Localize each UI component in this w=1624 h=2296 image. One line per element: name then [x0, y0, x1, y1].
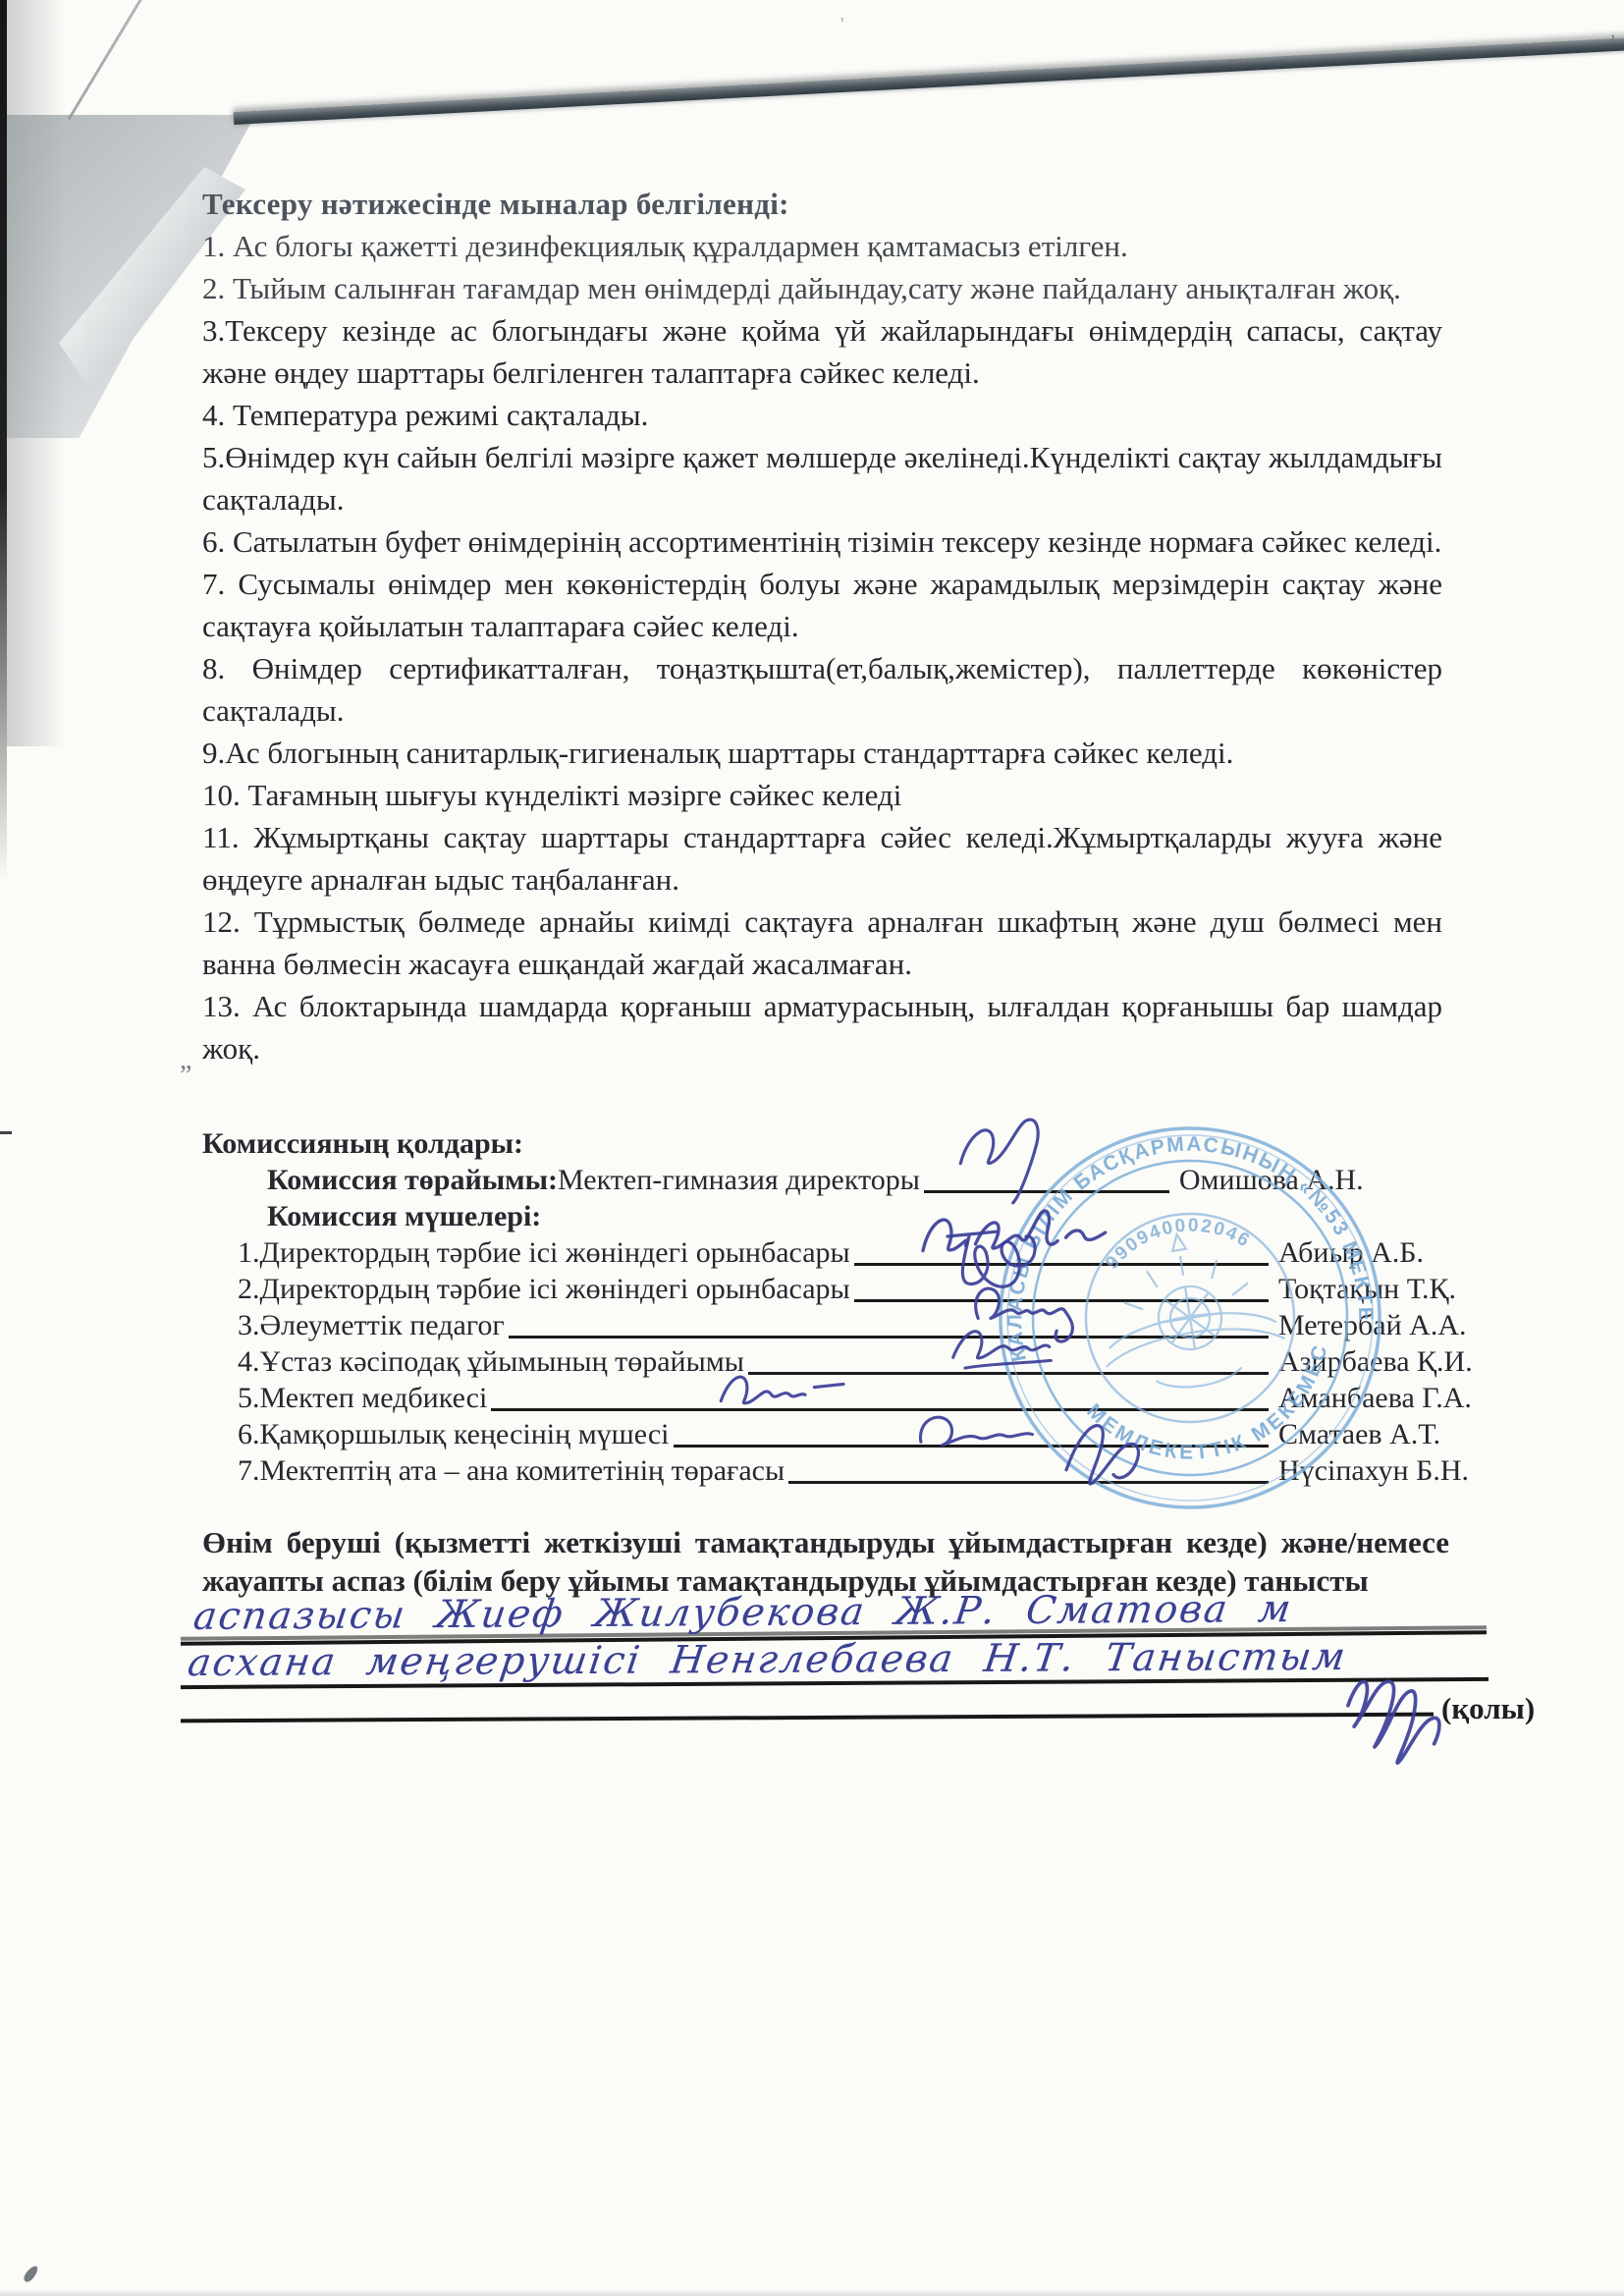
finding-item: 12. Тұрмыстық бөлмеде арнайы киімді сақт…: [202, 901, 1442, 985]
scan-corner-edge-line: [68, 0, 252, 120]
member-signature-ink: [1038, 1394, 1205, 1497]
member-name: Сматаев А.Т.: [1272, 1416, 1485, 1452]
finding-item: 4. Температура режимі сақталады.: [202, 394, 1442, 436]
member-label: 7.Мектептің ата – ана комитетінің төраға…: [238, 1452, 785, 1489]
commission-section: Комиссияның қолдары: Комиссия төрайымы: …: [202, 1125, 1485, 1489]
findings-section: Тексеру нәтижесінде мыналар белгіленді: …: [202, 183, 1442, 1069]
scan-tick-left-edge: [0, 1131, 12, 1134]
commission-title: Комиссияның қолдары:: [202, 1125, 1485, 1162]
member-name: Нүсіпахун Б.Н.: [1272, 1452, 1485, 1489]
commission-chair-row: Комиссия төрайымы: Мектеп-гимназия дирек…: [267, 1162, 1485, 1198]
chair-name: Омишова А.Н.: [1173, 1162, 1385, 1198]
member-row: 1.Директордың тәрбие ісі жөніндегі орынб…: [238, 1234, 1485, 1271]
scan-speck-top: ': [840, 14, 844, 36]
member-label: 3.Әлеуметтік педагог: [238, 1307, 505, 1343]
signature-rule-3: [181, 1713, 1434, 1723]
scan-speck-left-margin: „: [180, 1045, 191, 1076]
member-name: Аманбаева Г.А.: [1272, 1380, 1485, 1416]
finding-item: 1. Ас блогы қажетті дезинфекциялық құрал…: [202, 225, 1442, 267]
scan-left-edge-shade: [7, 0, 66, 746]
member-label: 1.Директордың тәрбие ісі жөніндегі орынб…: [238, 1234, 850, 1271]
member-row: 3.Әлеуметтік педагог Метербай А.А.: [238, 1307, 1485, 1343]
finding-item: 2. Тыйым салынған тағамдар мен өнімдерді…: [202, 267, 1442, 309]
member-label: 4.Ұстаз кәсіподақ ұйымының төрайымы: [238, 1343, 744, 1380]
findings-title: Тексеру нәтижесінде мыналар белгіленді:: [202, 183, 1442, 225]
members-title: Комиссия мүшелері:: [267, 1198, 1485, 1234]
finding-item: 10. Тағамның шығуы күнделікті мәзірге сә…: [202, 774, 1442, 816]
scanned-document-page: ' , „ Тексеру нәтижесінде мыналар белгіл…: [0, 0, 1624, 2296]
finding-item: 6. Сатылатын буфет өнімдерінің ассортиме…: [202, 520, 1442, 563]
member-name: Абиыр А.Б.: [1272, 1234, 1485, 1271]
member-row: 2.Директордың тәрбие ісі жөніндегі орынб…: [238, 1271, 1485, 1307]
scan-speck-top-right: ,: [1610, 18, 1616, 43]
signature-caption: (қолы): [1441, 1691, 1535, 1726]
member-name: Азирбаева Қ.И.: [1272, 1343, 1485, 1380]
member-row: 5.Мектеп медбикесі Аманбаева Г.А.: [238, 1380, 1485, 1416]
finding-item: 13. Ас блоктарында шамдарда қорғаныш арм…: [202, 985, 1442, 1069]
handwritten-line-1: аспазысы Жиеф Жилубекова Ж.Р. Сматова м: [190, 1587, 1295, 1639]
scan-top-edge-band: [234, 35, 1624, 125]
member-name: Метербай А.А.: [1272, 1307, 1485, 1343]
member-label: 5.Мектеп медбикесі: [238, 1380, 487, 1416]
finding-item: 5.Өнімдер күн сайын белгілі мәзірге қаже…: [202, 436, 1442, 520]
member-signature-line: [509, 1307, 1269, 1339]
finding-item: 3.Тексеру кезінде ас блогындағы және қой…: [202, 309, 1442, 394]
scan-pen-mark-bottom-left: [22, 2264, 40, 2284]
scan-bottom-edge: [0, 2289, 1624, 2296]
member-label: 6.Қамқоршылық кеңесінің мүшесі: [238, 1416, 670, 1452]
member-signature-ink: [693, 1347, 890, 1424]
chair-role-rest: Мектеп-гимназия директоры: [558, 1162, 920, 1198]
handwritten-line-2: асхана меңгерушісі Ненглебаева Н.Т. Таны…: [186, 1635, 1350, 1685]
finding-item: 7. Сусымалы өнімдер мен көкөністердің бо…: [202, 563, 1442, 647]
member-name: Тоқтақын Т.Қ.: [1272, 1271, 1485, 1307]
member-label: 2.Директордың тәрбие ісі жөніндегі орынб…: [238, 1271, 850, 1307]
scan-left-edge-strip: [0, 0, 7, 884]
finding-item: 9.Ас блогының санитарлық-гигиеналық шарт…: [202, 732, 1442, 774]
member-row: 7.Мектептің ата – ана комитетінің төраға…: [238, 1452, 1485, 1489]
finding-item: 11. Жұмыртқаны сақтау шарттары стандартт…: [202, 816, 1442, 901]
chair-role-label: Комиссия төрайымы:: [267, 1162, 558, 1198]
member-signature-ink: [925, 1297, 1102, 1388]
finding-item: 8. Өнімдер сертификатталған, тоңазтқышта…: [202, 647, 1442, 732]
